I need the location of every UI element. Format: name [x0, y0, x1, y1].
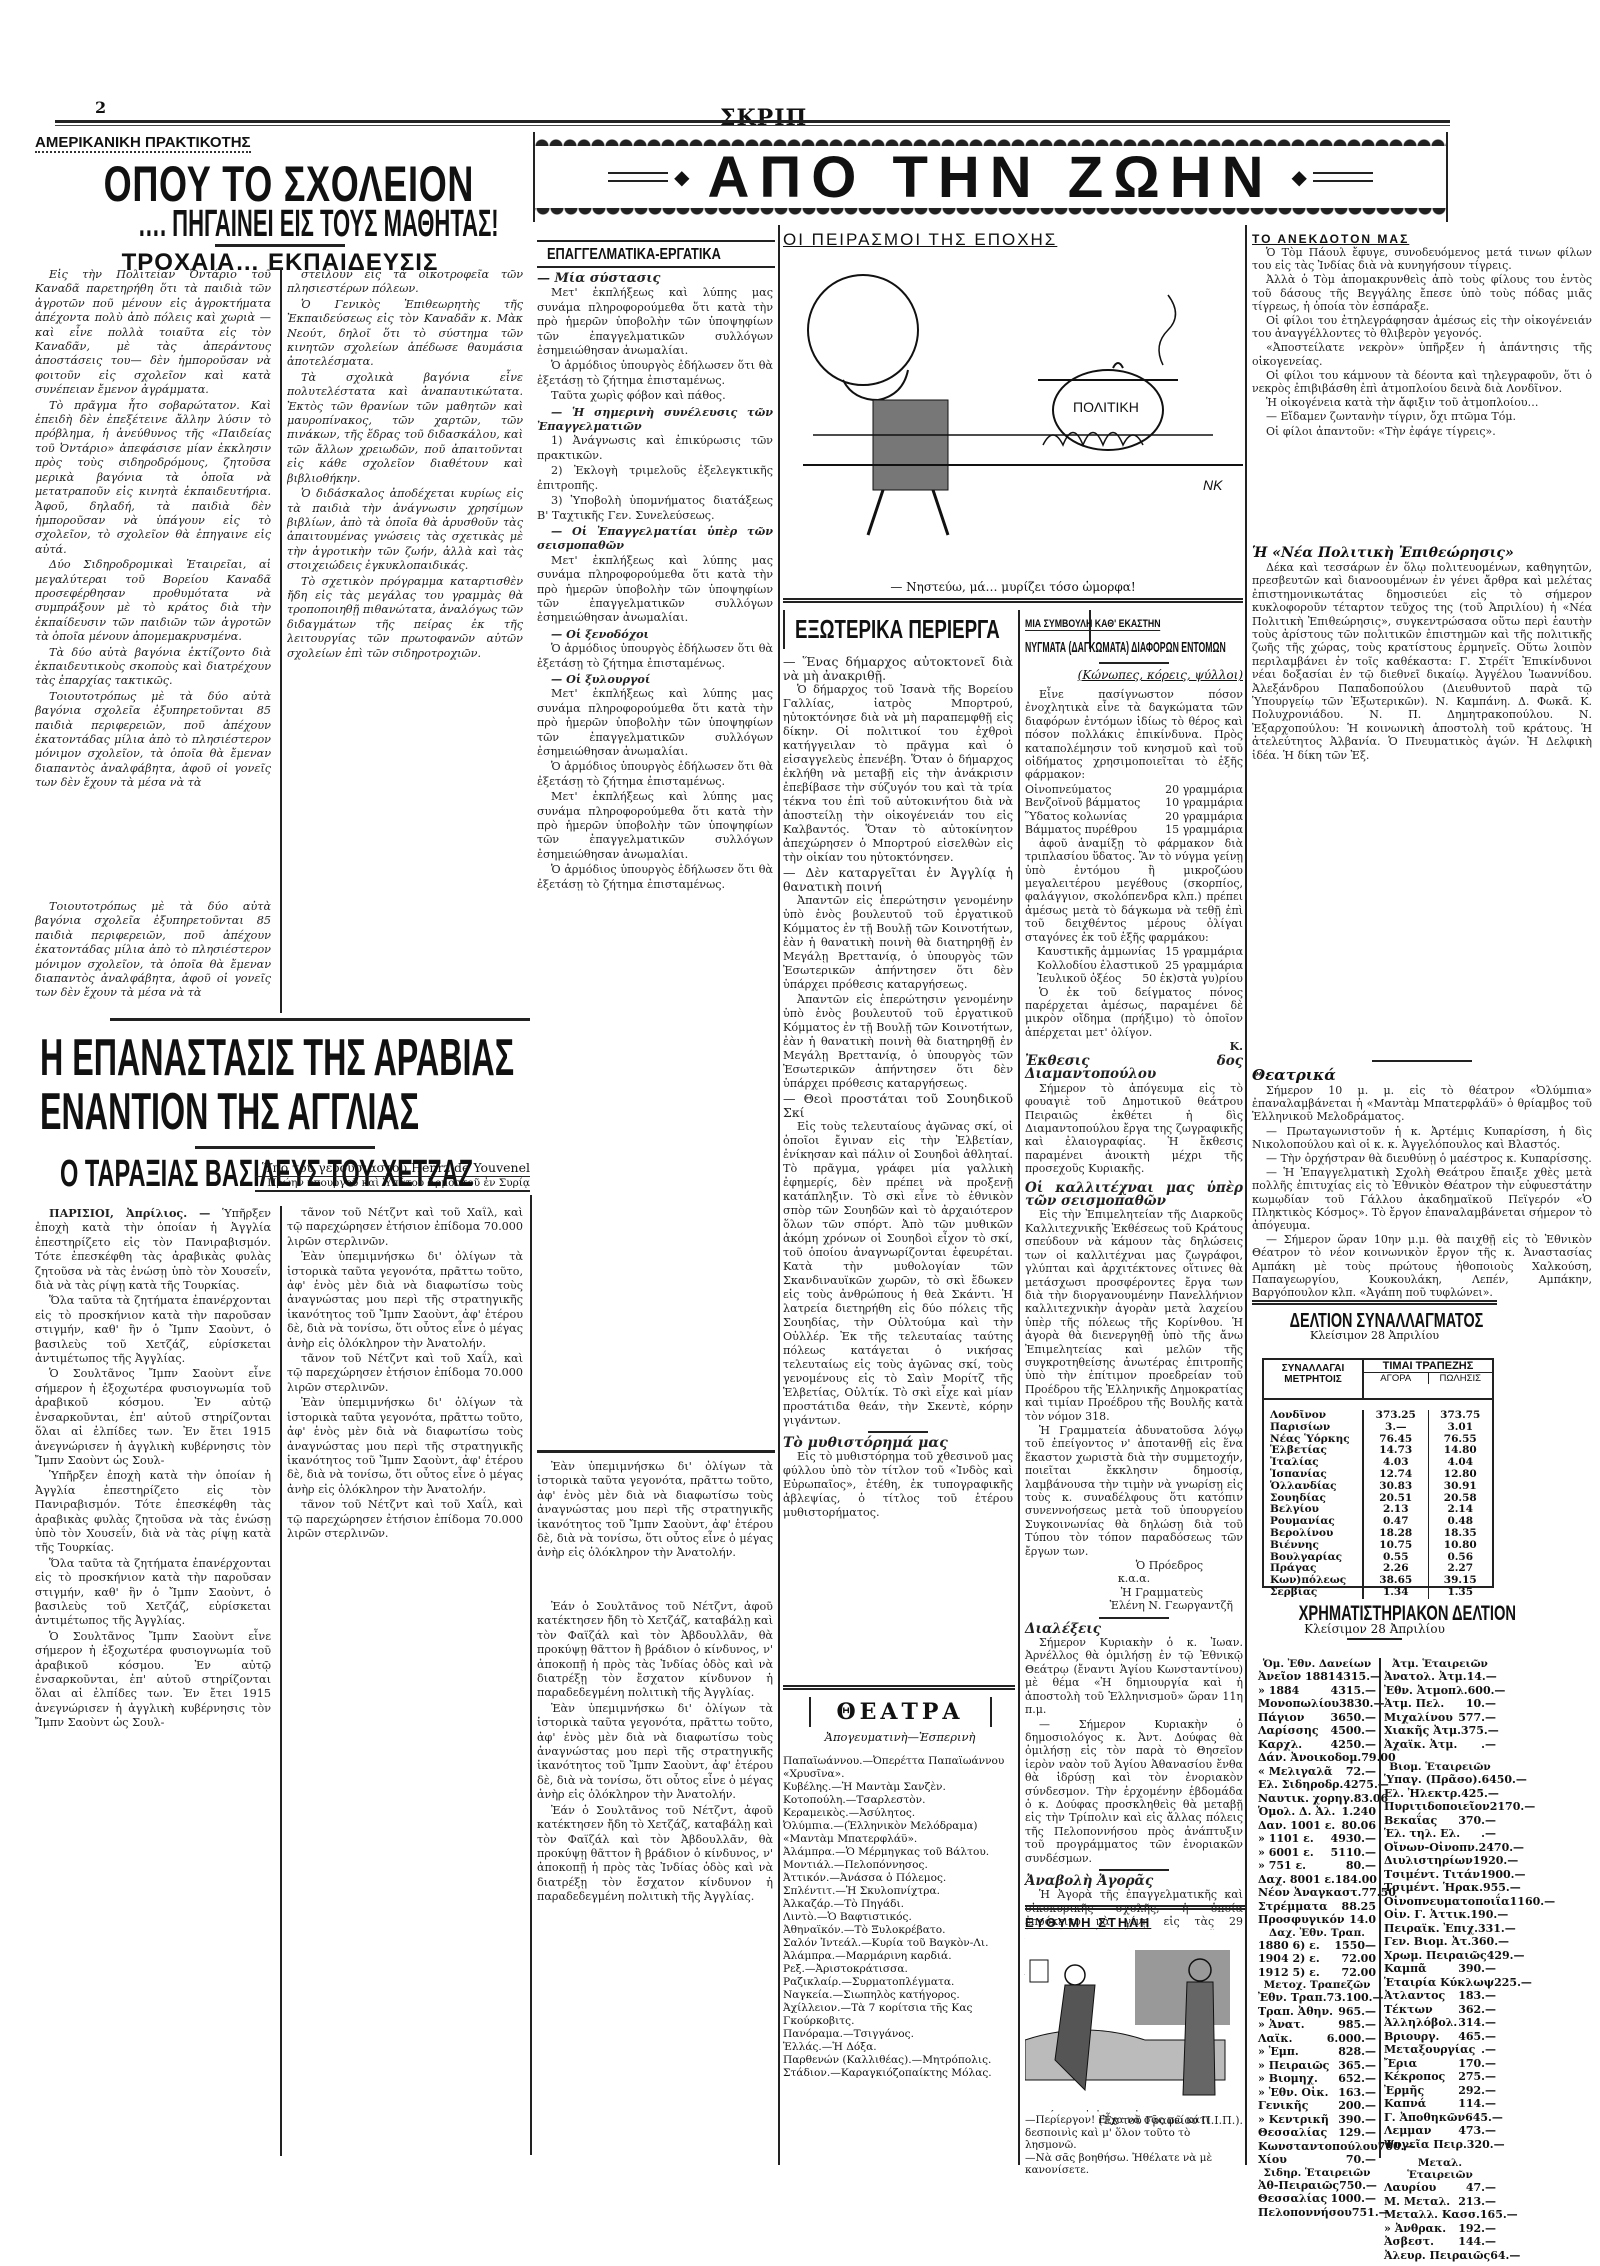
paragraph: Τὸ πρᾶγμα ἦτο σοβαρώτατον. Καὶ ἐπειδὴ δὲ… — [35, 399, 271, 557]
stock-row: Βεκαΐας370.— — [1384, 1814, 1496, 1828]
buy-rate: 3.— — [1364, 1422, 1428, 1434]
stock-row: Ἀλευρ. Πειραιῶς64.— — [1384, 2249, 1496, 2263]
exchange-title: ΔΕΛΤΙΟΝ ΣΥΝΑΛΛΑΓΜΑΤΟΣ — [1290, 1310, 1484, 1333]
buy-rate: 12.74 — [1364, 1469, 1428, 1481]
theatre-listing: Κυβέλης.—Ἡ Μαντὰμ Σανζὲν. — [783, 1781, 1015, 1794]
theatre-listing: Ἀχίλλειον.—Τὰ 7 κορίτσια τῆς Κας Γκούρκο… — [783, 2002, 1015, 2028]
stock-row: Ἐθν. Ἀτμοπλ.600.— — [1384, 1684, 1496, 1698]
paragraph: Ἐὰν ὑπεμιμνήσκω δι' ὀλίγων τὰ ἱστορικὰ τ… — [287, 1396, 523, 1497]
section-rule — [1025, 1905, 1245, 1910]
stock-row: Μεταξουργίας.— — [1384, 2043, 1496, 2057]
theatre-listing: Ἑλλάς.—Ἡ Δόξα. — [783, 2041, 1015, 2054]
stock-group-header: Ἀτμ. Ἑταιρειῶν — [1384, 1658, 1496, 1670]
paragraph: τᾶνον τοῦ Νέτζντ καὶ τοῦ Χαΐλ, καὶ τῷ πα… — [287, 1206, 523, 1249]
scallop-border — [535, 208, 1446, 222]
paragraph: — Σήμερον ὥραν 10ην μ.μ. θὰ παιχθῇ εἰς τ… — [1252, 1233, 1592, 1299]
stock-row: Ἑταιρία Κύκλωψ225.— — [1384, 1976, 1496, 1990]
stock-row: Ψυγεῖα Πειρ.320.— — [1384, 2138, 1496, 2152]
comic-caption-2: —Νὰ σᾶς βοηθήσω. Ἠθέλατε νὰ μὲ κανονίσετ… — [1025, 2152, 1245, 2177]
paragraph: Δέκα καὶ τεσσάρων ἐν ὅλῳ πολιτευομένων, … — [1252, 561, 1592, 762]
signature-name: Ἑλένη Ν. Γεωργαντζῆ — [1025, 1599, 1243, 1612]
paragraph: Μετ' ἐκπλήξεως καὶ λύπης μας συνάμα πληρ… — [537, 790, 773, 862]
exchange-col-header: ΣΥΝΑΛΛΑΓΑΙ ΜΕΤΡΗΤΟΙΣ — [1264, 1360, 1364, 1398]
paragraph: Εἰς τοὺς τελευταίους ἀγῶνας σκί, οἱ ὁποῖ… — [783, 1120, 1013, 1428]
paragraph: Τὰ σχολικὰ βαγόνια εἶνε πολυτελέστατα κα… — [287, 371, 523, 486]
agenda-item: 1) Ἀνάγνωσις καὶ ἐπικύρωσις τῶν πρακτικῶ… — [537, 434, 773, 463]
advice-subtitle: (Κώνωπες, κόρεις, ψύλλοι) — [1025, 668, 1243, 682]
buy-rate: 18.28 — [1364, 1528, 1428, 1540]
section-rule — [868, 1431, 928, 1433]
school-col-1: Εἰς τὴν Πολιτείαν Ὀντάριο τοῦ Καναδᾶ παρ… — [35, 268, 271, 898]
stock-row: » Ἀνατ.985.— — [1258, 2018, 1376, 2032]
arabia-col-2: τᾶνον τοῦ Νέτζντ καὶ τοῦ Χαΐλ, καὶ τῷ πα… — [287, 1206, 523, 2156]
section-rule — [783, 1685, 1015, 1690]
theatrika-title: Θεατρικά — [1252, 1066, 1592, 1084]
banner-lines-right — [1313, 172, 1373, 182]
arabia-col-1: ΠΑΡΙΣΙΟΙ, Ἀπρίλιος. — Ὑπῆρξεν ἐποχὴ κατὰ… — [35, 1206, 271, 2156]
comic-illustration-icon — [1025, 1930, 1245, 2110]
section-rule — [537, 1450, 775, 1453]
paragraph: Τοιουτοτρόπως μὲ τὰ δύο αὐτὰ βαγόνια σχο… — [35, 690, 271, 791]
pot-label: ΠΟΛΙΤΙΚΗ — [1073, 399, 1139, 415]
theatre-listing: Κεραμεικὸς.—Ἀσύλητος. — [783, 1807, 1015, 1820]
stock-row: Καπνά114.— — [1384, 2097, 1496, 2111]
stock-row: Οἰν. Γ. Ἀττικ.190.— — [1384, 1908, 1496, 1922]
column-rule — [530, 1195, 532, 2155]
theatre-listing: Ραζικλαίρ.—Συρματοπλέγματα. — [783, 1976, 1015, 1989]
stock-row: Ελ. Σιδηροδρ.4275.— — [1258, 1778, 1376, 1792]
paragraph: Τοιουτοτρόπως μὲ τὰ δύο αὐτὰ βαγόνια σχο… — [35, 900, 271, 1001]
column-rule — [1018, 610, 1020, 2165]
cartoon-caption: — Νηστεύω, μά… μυρίζει τόσο ὡμορφα! — [783, 580, 1243, 594]
stock-group-header: Ὁμ. Ἐθν. Δανείων — [1258, 1658, 1376, 1670]
stock-row: Ἀτμ. Πελ.10.— — [1384, 1697, 1496, 1711]
cartoon-drawing-icon: ΠΟΛΙΤΙΚΗ ΝΚ — [783, 250, 1243, 540]
paragraph: Ὁ ἁρμόδιος ὑπουργὸς ἐδήλωσεν ὅτι θὰ ἐξετ… — [537, 359, 773, 388]
recipe-row: Βάμματος πυρέθρου15 γραμμάρια — [1025, 823, 1243, 837]
stock-row: » Ἀνθρακ.192.— — [1384, 2222, 1496, 2236]
apo-tin-zoi-banner: ◆ ΑΠΟ ΤΗΝ ΖΩΗΝ ◆ — [533, 132, 1448, 222]
paragraph: Ὁ ἁρμόδιος ὑπουργὸς ἐδήλωσεν ὅτι θὰ ἐξετ… — [537, 863, 773, 892]
advice-signature: Κ. — [1025, 1040, 1243, 1053]
buy-rate: 10.75 — [1364, 1540, 1428, 1552]
currency-name: Ἱσπανίας — [1270, 1469, 1362, 1481]
comic-caption-1: —Περίεργον! Εἶχα νὰ σᾶς πῶ κάτι δεσποινὶ… — [1025, 2114, 1245, 2152]
paragraph: Ταῦτα χωρὶς φόβον καὶ πάθος. — [537, 389, 773, 403]
stock-row: Ἀσβεστ.144.— — [1384, 2235, 1496, 2249]
stock-row: Μεταλλ. Κασσ.165.— — [1384, 2208, 1496, 2222]
stock-row: 1880 6) ε.1550— — [1258, 1939, 1376, 1953]
signature-note: κ.α.α. — [1025, 1572, 1243, 1585]
artists-title: Οἱ καλλιτέχναι μας ὑπὲρ τῶν σεισμοπαθῶν — [1025, 1182, 1243, 1209]
stock-row: Δάν. Ἀνοικοδομ.79.00 — [1258, 1751, 1376, 1765]
paragraph: Ὁ δήμαρχος τοῦ Ἰσανὰ τῆς Βορείου Γαλλίας… — [783, 683, 1013, 865]
stock-row: Ἐρμῆς292.— — [1384, 2084, 1496, 2098]
paragraph: Οἱ φίλοι ἀπαντοῦν: «Τὴν ἐφάγε τίγρεις». — [1252, 425, 1592, 438]
theatre-listing: Στάδιον.—Καραγκιόζοπαίκτης Μόλας. — [783, 2067, 1015, 2080]
paragraph: Ὁ ἁρμόδιος ὑπουργὸς ἐδήλωσεν ὅτι θὰ ἐξετ… — [537, 760, 773, 789]
arabia-byline: Ὑπὸ τοῦ γερουσιαστοῦ Henrz de Youvenel Π… — [255, 1160, 530, 1192]
paragraph: Ὁ Γενικὸς Ἐπιθεωρητὴς τῆς Ἐκπαιδεύσεως ε… — [287, 298, 523, 370]
item-title: — Οἱ Ἐπαγγελματίαι ὑπὲρ τῶν σεισμοπαθῶν — [537, 524, 773, 553]
stock-row: Δαν. 1001 ε.80.06 — [1258, 1819, 1376, 1833]
paragraph: Ἡ οἰκογένεια κατὰ τὴν ἄφιξιν τοῦ ἀτμοπλο… — [1252, 396, 1592, 409]
masthead-rule — [55, 120, 1450, 126]
paragraph: Ὑπῆρξεν ἐποχὴ κατὰ τὴν ὁποίαν ἡ Ἀγγλία ἐ… — [35, 1469, 271, 1555]
arabia-col-3-top: Ἐὰν ὑπεμιμνήσκω δι' ὀλίγων τὰ ἱστορικὰ τ… — [537, 1460, 773, 1600]
section-rule — [1099, 1869, 1169, 1871]
stock-row: Τέκτων362.— — [1384, 2003, 1496, 2017]
stock-row: Ἀνεῖον 18814315.— — [1258, 1670, 1376, 1684]
ornament-left-icon: ◆ — [674, 165, 689, 189]
paragraph: Μετ' ἐκπλήξεως καὶ λύπης μας συνάμα πληρ… — [537, 687, 773, 759]
signature-secretary: Ἡ Γραμματεὺς — [1025, 1586, 1243, 1599]
stock-row: Ἀλληλόβολ.314.— — [1384, 2016, 1496, 2030]
stock-row: Οἴνων-Οἰνοπν.2470.— — [1384, 1841, 1496, 1855]
school-col-1-end: Τοιουτοτρόπως μὲ τὰ δύο αὐτὰ βαγόνια σχο… — [35, 900, 271, 1010]
stock-row: « Μελιγαλᾶ72.— — [1258, 1765, 1376, 1779]
item-title: — Ἡ σημερινὴ συνέλευσις τῶν Ἐπαγγελματιῶ… — [537, 405, 773, 434]
paragraph: Οἱ φίλοι του κάμνουν τὰ δέοντα καὶ τηλεγ… — [1252, 369, 1592, 395]
efthymi-stili-title: ΕΥΘΥΜΗ ΣΤΗΛΗ — [1025, 1915, 1245, 1930]
theatre-listing: Παρθενών (Καλλιθέας).—Μητρόπολις. — [783, 2054, 1015, 2067]
sell-rate: 30.91 — [1429, 1481, 1493, 1493]
stock-group-header: Δαχ. Ἐθν. Τραπ. — [1258, 1927, 1376, 1939]
banner-title: ΑΠΟ ΤΗΝ ΖΩΗΝ — [707, 144, 1273, 211]
stock-row: Ἀνατολ. Ἀτμ.14.— — [1384, 1670, 1496, 1684]
advice-title: ΝΥΓΜΑΤΑ (ΔΑΓΚΩΜΑΤΑ) ΔΙΑΦΟΡΩΝ ΕΝΤΟΜΩΝ — [1025, 639, 1240, 656]
buy-rate: 1.34 — [1364, 1587, 1428, 1599]
paragraph: Ὁ ἐκ τοῦ δείγματος πόνος παρέρχεται ἀμέσ… — [1025, 986, 1243, 1040]
cartoonist-signature: ΝΚ — [1203, 477, 1223, 493]
stock-row: Κέκροπος275.— — [1384, 2070, 1496, 2084]
stock-row: Τσιμέντ. Τιτάν1900.— — [1384, 1868, 1496, 1882]
theatre-listing: Πανόραμα.—Τσιγγάνος. — [783, 2028, 1015, 2041]
stock-row: Ὁμολ. Δ. Ἀλ.1.240 — [1258, 1805, 1376, 1819]
nea-politiki: Ἡ «Νέα Πολιτικὴ Ἐπιθεώρησις» Δέκα καὶ τε… — [1252, 545, 1592, 1041]
novel-title: Τὸ μυθιστόρημά μας — [783, 1436, 1013, 1450]
theatre-listing: Σαλόν Ἰντεάλ.—Κυρία τοῦ Βαγκὸν-Λι. — [783, 1937, 1015, 1950]
stock-row: » 1101 ε.4930.— — [1258, 1832, 1376, 1846]
stock-right-column: Ἀτμ. Ἑταιρειῶν Ἀνατολ. Ἀτμ.14.— Ἐθν. Ἀτμ… — [1384, 1658, 1496, 2262]
school-headline-2: …. ΠΗΓΑΙΝΕΙ ΕΙΣ ΤΟΥΣ ΜΑΘΗΤΑΣ! — [138, 203, 422, 246]
paragraph: Σήμερον 10 μ. μ. εἰς τὸ θέατρον «Ὀλύμπια… — [1252, 1084, 1592, 1124]
paragraph: Εἰς τὴν Πολιτείαν Ὀντάριο τοῦ Καναδᾶ παρ… — [35, 268, 271, 398]
stock-table-header: ΧΡΗΜΑΤΙΣΤΗΡΙΑΚΟΝ ΔΕΛΤΙΟΝ Κλείσιμον 28 Ἀπ… — [1252, 1602, 1497, 1642]
paragraph: Ἀπαντῶν εἰς ἐπερώτησιν γενομένην ὑπὸ ἑνὸ… — [783, 894, 1013, 992]
exchange-group-header: ΤΙΜΑΙ ΤΡΑΠΕΖΗΣ — [1364, 1360, 1492, 1373]
paragraph: Ἐάν ὁ Σουλτᾶνος τοῦ Νέτζντ, ἀφοῦ κατέκτη… — [537, 1804, 773, 1905]
section-rule — [1252, 1300, 1497, 1305]
theatres-title: ΘΕΑΤΡΑ — [837, 1699, 964, 1725]
sell-rate: 1.35 — [1429, 1587, 1493, 1599]
stock-row: Ναυτικ. χορηγ.83.06 — [1258, 1792, 1376, 1806]
stock-row: Χίου70.— — [1258, 2153, 1376, 2167]
paragraph: Ὁ ἁρμόδιος ὑπουργὸς ἐδήλωσεν ὅτι θὰ ἐξετ… — [537, 642, 773, 671]
agenda-item: 2) Ἐκλογὴ τριμελοῦς ἐξελεγκτικῆς ἐπιτροπ… — [537, 464, 773, 493]
paragraph: — Ἡ Ἐπαγγελματικὴ Σχολὴ Θεάτρου ἔπαιξε χ… — [1252, 1166, 1592, 1232]
currency-name: Παρισίων — [1270, 1422, 1362, 1434]
theatre-listing: Μοντιάλ.—Πελοπόννησος. — [783, 1859, 1015, 1872]
paragraph: Οἱ φίλοι του ἐτηλεγράφησαν ἀμέσως εἰς τὴ… — [1252, 314, 1592, 340]
section-rule — [1347, 1638, 1402, 1640]
headline-divider — [195, 1146, 375, 1149]
currency-name: Σερβίας — [1270, 1587, 1362, 1599]
stock-row: Ἀτλαντος183.— — [1384, 1989, 1496, 2003]
paragraph: Ἐὰν ὑπεμιμνήσκω δι' ὀλίγων τὰ ἱστορικὰ τ… — [287, 1250, 523, 1351]
stock-row: Βριουργ.465.— — [1384, 2030, 1496, 2044]
exhibition-title: Ἐκθεσις δος Διαμαντοπούλου — [1025, 1055, 1243, 1082]
item-title: — Μία σύστασις — [537, 272, 773, 286]
paragraph: ἀφοῦ ἀναμίξῃ τὸ φάρμακον διὰ τριπλασίου … — [1025, 837, 1243, 944]
recipe-row: Οἰνοπνεύματος20 γραμμάρια — [1025, 783, 1243, 797]
exoterika-title: ΕΞΩΤΕΡΙΚΑ ΠΕΡΙΕΡΓΑ — [795, 614, 1000, 645]
agenda-item: 3) Ὑποβολὴ ὑπομνήματος διατάξεως Β' Ταχτ… — [537, 494, 773, 523]
exchange-table: ΣΥΝΑΛΛΑΓΑΙ ΜΕΤΡΗΤΟΙΣ ΤΙΜΑΙ ΤΡΑΠΕΖΗΣ ΑΓΟΡ… — [1262, 1358, 1494, 1588]
theatres: ΘΕΑΤΡΑ Ἀπογευματινὴ—Ἑσπερινὴ — [790, 1697, 1010, 1744]
exchange-table-header: ΔΕΛΤΙΟΝ ΣΥΝΑΛΛΑΓΜΑΤΟΣ Κλείσιμον 28 Ἀπριλ… — [1252, 1310, 1497, 1342]
paragraph: Εἶνε πασίγνωστον πόσον ἐνοχλητικὰ εἶνε τ… — [1025, 688, 1243, 782]
signature-president: Ὁ Πρόεδρος — [1025, 1559, 1243, 1572]
market-title: Ἀναβολὴ Ἀγορᾶς — [1025, 1875, 1243, 1888]
paragraph: Ὁ Τὸμ Πάουλ ἔφυγε, συνοδευόμενος μετά τι… — [1252, 246, 1592, 272]
paragraph: Εἰς τὸ μυθιστόρημα τοῦ χθεσινοῦ μας φύλλ… — [783, 1450, 1013, 1520]
paragraph: Ἀπαντῶν εἰς ἐπερώτησιν γενομένην ὑπὸ ἑνὸ… — [783, 993, 1013, 1091]
paragraph: Ἡ Γραμματεία ἀδυνατοῦσα λόγῳ τοῦ ἐπείγον… — [1025, 1424, 1243, 1558]
theatres-subtitle: Ἀπογευματινὴ—Ἑσπερινὴ — [790, 1730, 1010, 1744]
stock-row: Λαϊκ.6.000.— — [1258, 2032, 1376, 2046]
stock-row: Προσφυγικόν14.0 — [1258, 1913, 1376, 1927]
ornament-rule — [110, 1018, 530, 1021]
column-rule — [280, 1206, 282, 2156]
item-title: — Οἱ ξυλουργοί — [537, 672, 773, 686]
currency-name: Βιέννης — [1270, 1540, 1362, 1552]
paragraph: Εἰς τὴν Ἐπιμελητείαν τῆς Διαρκοῦς Καλλιτ… — [1025, 1208, 1243, 1423]
paragraph: Δύο Σιδηροδρομικαὶ Ἑταιρεῖαι, αἱ μεγαλύτ… — [35, 558, 271, 644]
paragraph: «Ἀποστείλατε νεκρὸν» ὑπῆρξεν ἡ ἀπάντησις… — [1252, 341, 1592, 367]
professional-title: ΕΠΑΓΓΕΛΜΑΤΙΚΑ-ΕΡΓΑΤΙΚΑ — [547, 246, 721, 264]
buy-rate: 30.83 — [1364, 1481, 1428, 1493]
professional-section-body: — Μία σύστασις Μετ' ἐκπλήξεως καὶ λύπης … — [537, 272, 773, 1452]
professional-section-header: ΕΠΑΓΓΕΛΜΑΤΙΚΑ-ΕΡΓΑΤΙΚΑ — [537, 240, 775, 268]
stock-row: » 751 ε.80.— — [1258, 1859, 1376, 1873]
stock-row: Ελ. Ἠλεκτρ.425.— — [1384, 1787, 1496, 1801]
stock-row: » Πειραιῶς365.— — [1258, 2059, 1376, 2073]
paragraph: Τὰ δύο αὐτὰ βαγόνια ἐκτίζοντο διὰ ἐκπαιδ… — [35, 646, 271, 689]
stock-row: Θεσσαλίας129.— — [1258, 2126, 1376, 2140]
stock-row: Καρχλ.4250.— — [1258, 1738, 1376, 1752]
stock-row: Πελοποννήσου751.— — [1258, 2206, 1376, 2220]
theatre-listing: Ὀλύμπια.—(Ἑλληνικὸν Μελόδραμα) «Μαντὰμ Μ… — [783, 1820, 1015, 1846]
column-rule — [1245, 225, 1247, 2165]
sell-rate: 3.01 — [1429, 1422, 1493, 1434]
cartoon: ΟΙ ΠΕΙΡΑΣΜΟΙ ΤΗΣ ΕΠΟΧΗΣ ΠΟΛΙΤΙΚΗ ΝΚ — [783, 230, 1243, 540]
anecdote: ΤΟ ΑΝΕΚΔΟΤΟΝ ΜΑΣ Ὁ Τὸμ Πάουλ ἔφυγε, συνο… — [1252, 232, 1592, 439]
theatre-listing: Παπαϊωάννου.—Ὀπερέττα Παπαϊωάννου «Χρυσῖ… — [783, 1755, 1015, 1781]
paragraph: Ὁ Σουλτᾶνος Ἴμπν Σαοὺντ εἶνε σήμερον ἡ ἐ… — [35, 1367, 271, 1468]
theatre-listing: Ἀθηναϊκόν.—Τὸ Ξυλοκρέβατο. — [783, 1924, 1015, 1937]
theatre-listing: Λιντὸ.—Ὁ Βαφτιστικός. — [783, 1911, 1015, 1924]
recipe-row: Βενζοϊνοῦ βάμματος10 γραμμάρια — [1025, 796, 1243, 810]
theatre-listing: Ἀλκαζάρ.—Τὸ Πηγάδι. — [783, 1898, 1015, 1911]
arabia-headline-1: Η ΕΠΑΝΑΣΤΑΣΙΣ ΤΗΣ ΑΡΑΒΙΑΣ — [40, 1028, 530, 1088]
stock-row: Θεσσαλίας1000.— — [1258, 2192, 1376, 2206]
paragraph: Ὁ διδάσκαλος ἀποδέχεται κυρίως εἰς τὰ πα… — [287, 487, 523, 573]
stock-row: » 18844315.— — [1258, 1684, 1376, 1698]
paragraph: στείλουν εἰς τὰ οἰκοτροφεῖα τῶν πλησιεστ… — [287, 268, 523, 297]
item-title: — Θεοὶ προστάται τοῦ Σουηδικοῦ Σκί — [783, 1092, 1013, 1120]
paragraph: Ὅλα ταῦτα τὰ ζητήματα ἐπανέρχονται εἰς τ… — [35, 1294, 271, 1366]
theatre-listing: Κοτοπούλη.—Τσαρλεστὸν. — [783, 1794, 1015, 1807]
school-kicker: ΑΜΕΡΙΚΑΝΙΚΗ ΠΡΑΚΤΙΚΟΤΗΣ — [35, 134, 251, 153]
stock-row: Τσιμέντ. Ἡρακ.955.— — [1384, 1881, 1496, 1895]
masthead-title: ΣΚΡΙΠ — [720, 105, 807, 131]
stock-group-header: Σιδηρ. Ἑταιρειῶν — [1258, 2167, 1376, 2179]
theatre-listing: Ἀλάμπρα.—Μαρμάρινη καρδιά. — [783, 1950, 1015, 1963]
paragraph: Μετ' ἐκπλήξεως καὶ λύπης μας συνάμα πληρ… — [537, 554, 773, 626]
theatre-listings: Παπαϊωάννου.—Ὀπερέττα Παπαϊωάννου «Χρυσῖ… — [783, 1755, 1015, 2165]
section-rule — [1099, 662, 1169, 664]
stock-row: Καμπᾶ390.— — [1384, 1962, 1496, 1976]
stock-row: Χιακῆς Ἀτμ.375.— — [1384, 1724, 1496, 1738]
advice-kicker: ΜΙΑ ΣΥΜΒΟΥΛΗ ΚΑΘ' ΕΚΑΣΤΗΝ — [1025, 618, 1161, 631]
paragraph: Σήμερον τὸ ἀπόγευμα εἰς τὸ φουαγιὲ τοῦ Δ… — [1025, 1082, 1243, 1176]
byline-author: Ὑπὸ τοῦ γερουσιαστοῦ Henrz de Youvenel — [255, 1160, 530, 1177]
paragraph: τᾶνον τοῦ Νέτζντ καὶ τοῦ Χαΐλ, καὶ τῷ πα… — [287, 1498, 523, 1541]
currency-name: Βερολίνου — [1270, 1528, 1362, 1540]
theatre-listing: Ἀλάμπρα.—Ὁ Μέρμηγκας τοῦ Βάλτου. — [783, 1846, 1015, 1859]
stock-row: Πυριτιδοποιεῖον2170.— — [1384, 1800, 1496, 1814]
stock-row: Ἔρια170.— — [1384, 2057, 1496, 2071]
stock-row: Λεμμαν473.— — [1384, 2124, 1496, 2138]
exoterika: ΕΞΩΤΕΡΙΚΑ ΠΕΡΙΕΡΓΑ — Ἕνας δήμαρχος αὐτοκ… — [783, 610, 1013, 1695]
cartoon-title: ΟΙ ΠΕΙΡΑΣΜΟΙ ΤΗΣ ΕΠΟΧΗΣ — [783, 230, 1243, 250]
efthymi-stili: ΕΥΘΥΜΗ ΣΤΗΛΗ —Περίεργον! Εἶχα νὰ σᾶς πῶ … — [1025, 1915, 1245, 2177]
banner-lines-left — [608, 172, 668, 182]
paragraph: Ἐάν ὁ Σουλτᾶνος τοῦ Νέτζντ, ἀφοῦ κατέκτη… — [537, 1600, 773, 1701]
ornament-right-icon: ◆ — [1292, 165, 1307, 189]
arabia-col-3: Ἐάν ὁ Σουλτᾶνος τοῦ Νέτζντ, ἀφοῦ κατέκτη… — [537, 1600, 773, 2156]
nea-politiki-title: Ἡ «Νέα Πολιτικὴ Ἐπιθεώρησις» — [1252, 545, 1592, 561]
theatrika: Θεατρικά Σήμερον 10 μ. μ. εἰς τὸ θέατρον… — [1252, 1060, 1592, 1300]
paragraph: Ὅλα ταῦτα τὰ ζητήματα ἐπανέρχονται εἰς τ… — [35, 1557, 271, 1629]
theatre-listing: Ἀττικόν.—Ἀνάσσα ὁ Πόλεμος. — [783, 1872, 1015, 1885]
stock-row: Ὑπαγ. (Πρᾶσο).6450.— — [1384, 1773, 1496, 1787]
stock-row: Οἰνοπνευματοποιΐα1160.— — [1384, 1895, 1496, 1909]
stock-row: Μιχαλίνου577.— — [1384, 1711, 1496, 1725]
stock-row: Λαρίσσης4500.— — [1258, 1724, 1376, 1738]
stock-row: » Κεντρικῆ390.— — [1258, 2113, 1376, 2127]
item-title: — Δὲν καταργεῖται ἐν Ἀγγλίᾳ ἡ θανατικὴ π… — [783, 866, 1013, 894]
column-rule — [280, 268, 282, 1013]
paragraph: τᾶνον τοῦ Νέτζντ καὶ τοῦ Χαΐλ, καὶ τῷ πα… — [287, 1352, 523, 1395]
advice: ΜΙΑ ΣΥΜΒΟΥΛΗ ΚΑΘ' ΕΚΑΣΤΗΝ ΝΥΓΜΑΤΑ (ΔΑΓΚΩ… — [1025, 612, 1243, 1054]
recipe-row: Καυστικῆς ἀμμωνίας15 γραμμάρια — [1025, 945, 1243, 959]
theatres-title-box: ΘΕΑΤΡΑ — [809, 1697, 992, 1727]
item-title: — Οἱ ξενοδόχοι — [537, 627, 773, 641]
stock-row: Γ. Ἀποθηκῶν645.— — [1384, 2111, 1496, 2125]
stock-row: Ἑλ. τηλ. Ελ..— — [1384, 1827, 1496, 1841]
page-number: 2 — [95, 98, 106, 117]
paragraph: Ὁ Σουλτᾶνος Ἴμπν Σαοὺντ εἶνε σήμερον ἡ ἐ… — [35, 1630, 271, 1731]
stock-row: Μ. Μεταλ.213.— — [1384, 2195, 1496, 2209]
theatre-listing: Σπλέντιτ.—Ἡ Σκυλοπνίχτρα. — [783, 1885, 1015, 1898]
stock-row: Πάγιον3650.— — [1258, 1711, 1376, 1725]
recipe-row: Ἰευλικοῦ ὀξέος50 ἑκ)στὰ γυ)ρίου — [1025, 972, 1243, 986]
section-rule — [1372, 1060, 1472, 1062]
stock-row: Ἐθν. Τραπ.73.100.— — [1258, 1991, 1376, 2005]
arabia-headline-2: ΕΝΑΝΤΙΟΝ ΤΗΣ ΑΓΓΛΙΑΣ — [40, 1082, 530, 1142]
stock-row: Στρέμματα88.25 — [1258, 1900, 1376, 1914]
lectures-title: Διαλέξεις — [1025, 1623, 1243, 1636]
stock-group-header: Μεταλ. Ἑταιρειῶν — [1384, 2157, 1496, 2181]
stock-row: Μονοπωλίου3830.— — [1258, 1697, 1376, 1711]
theatre-listing: Ρεξ.—Ἀριστοκράτισσα. — [783, 1963, 1015, 1976]
stock-row: » Βιομηχ.652.— — [1258, 2072, 1376, 2086]
sell-rate: 12.80 — [1429, 1469, 1493, 1481]
section-rule — [783, 598, 1243, 603]
dateline: ΠΑΡΙΣΙΟΙ, Ἀπρίλιος. — — [49, 1206, 210, 1220]
stock-row: Νέον Ἀναγκαστ.77.50 — [1258, 1886, 1376, 1900]
stock-row: » 6001 ε.5110.— — [1258, 1846, 1376, 1860]
paragraph: — Πρωταγωνιστοῦν ἡ κ. Ἀρτέμις Κυπαρίσση,… — [1252, 1125, 1592, 1151]
sell-rate: 18.35 — [1429, 1528, 1493, 1540]
stock-row: Χρωμ. Πειραιῶς429.— — [1384, 1949, 1496, 1963]
paragraph: Μετ' ἐκπλήξεως καὶ λύπης μας συνάμα πληρ… — [537, 286, 773, 358]
stock-row: » Ἐθν. Οἰκ.163.— — [1258, 2086, 1376, 2100]
theatre-listing: Ναγκεία.—Σιωπηλὸς κατήγορος. — [783, 1989, 1015, 2002]
recipe-row: Κολλοδίου ἐλαστικοῦ25 γραμμάρια — [1025, 959, 1243, 973]
sell-header: ΠΩΛΗΣΙΣ — [1429, 1373, 1493, 1384]
paragraph: Τὸ σχετικὸν πρόγραμμα καταρτισθὲν ἤδη εἰ… — [287, 575, 523, 661]
stock-row: » Ἐμπ.828.— — [1258, 2045, 1376, 2059]
currency-name: Ὁλλανδίας — [1270, 1481, 1362, 1493]
stock-row: Ἀθ-Πειραιῶς750.— — [1258, 2179, 1376, 2193]
stock-row: 1904 2) ε.72.00 — [1258, 1952, 1376, 1966]
stock-row: Λαυρίου47.— — [1384, 2181, 1496, 2195]
stock-row: Ἀχαϊκ. Ἀτμ..— — [1384, 1738, 1496, 1752]
section-rule — [1099, 1617, 1169, 1619]
school-col-2: στείλουν εἰς τὰ οἰκοτροφεῖα τῶν πλησιεστ… — [287, 268, 523, 1013]
stock-title: ΧΡΗΜΑΤΙΣΤΗΡΙΑΚΟΝ ΔΕΛΤΙΟΝ — [1299, 1602, 1516, 1626]
column-rule — [778, 225, 780, 2165]
paragraph: — Τὴν ὀρχήστραν θὰ διευθύνῃ ὁ μαέστρος κ… — [1252, 1152, 1592, 1165]
stock-row: Δαχ. 8001 ε.184.00 — [1258, 1873, 1376, 1887]
column-rule — [1379, 1658, 1381, 2158]
recipe-row: Ὕδατος κολωνίας20 γραμμάρια — [1025, 810, 1243, 824]
buy-header: ΑΓΟΡΑ — [1364, 1373, 1429, 1384]
stock-row: Τραπ. Ἀθην.965.— — [1258, 2005, 1376, 2019]
paragraph: — Εἴδαμεν ζωντανὴν τίγριν, ὄχι πτῶμα Τόμ… — [1252, 410, 1592, 423]
paragraph: Ἐὰν ὑπεμιμνήσκω δι' ὀλίγων τὰ ἱστορικὰ τ… — [537, 1702, 773, 1803]
item-title: — Ἕνας δήμαρχος αὐτοκτονεῖ διὰ νὰ μὴ ἀνα… — [783, 655, 1013, 683]
paragraph: — Σήμερον Κυριακὴν ὁ δημοσιολόγος κ. Ἀντ… — [1025, 1718, 1243, 1865]
sell-rate: 10.80 — [1429, 1540, 1493, 1552]
stock-left-column: Ὁμ. Ἐθν. Δανείων Ἀνεῖον 18814315.— » 188… — [1258, 1658, 1376, 2219]
paragraph: Ἐὰν ὑπεμιμνήσκω δι' ὀλίγων τὰ ἱστορικὰ τ… — [537, 1460, 773, 1561]
stock-row: Πειραϊκ. Ἐπιχ.331.— — [1384, 1922, 1496, 1936]
stock-row: Γεν. Βιομ. Ἀτ.360.— — [1384, 1935, 1496, 1949]
stock-row: Κωνσταντοπούλου700.— — [1258, 2140, 1376, 2154]
stock-row: Διυλιστηρίων1920.— — [1384, 1854, 1496, 1868]
stock-row: Γενικῆς200.— — [1258, 2099, 1376, 2113]
paragraph: Σήμερον Κυριακὴν ὁ κ. Ἰωαν. Ἀρνέλλος θὰ … — [1025, 1636, 1243, 1716]
stock-group-header: Μετοχ. Τραπεζῶν — [1258, 1979, 1376, 1991]
paragraph: Ἀλλὰ ὁ Τὸμ ἀπομακρυνθεὶς ἀπὸ τοὺς φίλους… — [1252, 273, 1592, 313]
exchange-table-body: Λονδῖνον Παρισίων Νέας Ὑόρκης Ἑλβετίας Ἰ… — [1264, 1400, 1492, 1599]
byline-title: Πρώην ὑπουργοῦ καὶ Ὑπάτου Ἁρμοστοῦ ἐν Συ… — [255, 1177, 530, 1192]
stock-row: 1912 5) ε.72.00 — [1258, 1966, 1376, 1980]
